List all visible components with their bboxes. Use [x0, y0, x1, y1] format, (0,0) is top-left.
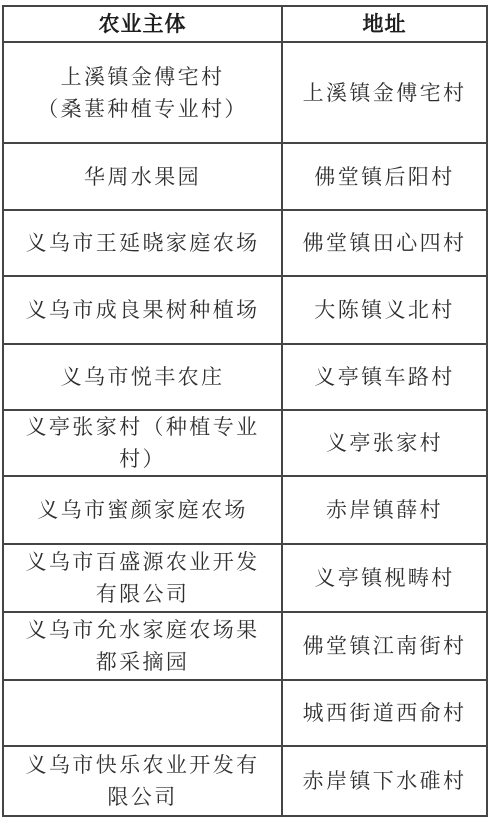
- row-11-entity: 义乌市快乐农业开发有 限公司: [4, 747, 283, 815]
- row-1-address: 上溪镇金傅宅村: [283, 43, 486, 144]
- row-3-address: 佛堂镇田心四村: [283, 211, 486, 277]
- row-2-entity: 华周水果园: [4, 144, 283, 211]
- row-5-address: 义亭镇车路村: [283, 345, 486, 411]
- row-10-address: 城西街道西俞村: [283, 681, 486, 747]
- row-8-entity: 义乌市百盛源农业开发 有限公司: [4, 545, 283, 613]
- row-2-address: 佛堂镇后阳村: [283, 144, 486, 211]
- row-10-entity: [4, 681, 283, 747]
- row-4-entity: 义乌市成良果树种植场: [4, 277, 283, 345]
- row-9-entity: 义乌市允水家庭农场果 都采摘园: [4, 613, 283, 681]
- row-3-entity: 义乌市王延晓家庭农场: [4, 211, 283, 277]
- row-5-entity: 义乌市悦丰农庄: [4, 345, 283, 411]
- row-7-address: 赤岸镇薛村: [283, 477, 486, 545]
- row-9-address: 佛堂镇江南街村: [283, 613, 486, 681]
- row-11-address: 赤岸镇下水碓村: [283, 747, 486, 815]
- row-7-entity: 义乌市蜜颜家庭农场: [4, 477, 283, 545]
- header-address: 地址: [283, 7, 486, 43]
- farm-entity-table: 农业主体 地址 上溪镇金傅宅村 （桑葚种植专业村） 上溪镇金傅宅村 华周水果园 …: [2, 5, 488, 817]
- row-8-address: 义亭镇枧畴村: [283, 545, 486, 613]
- row-1-entity: 上溪镇金傅宅村 （桑葚种植专业村）: [4, 43, 283, 144]
- row-6-entity: 义亭张家村（种植专业 村）: [4, 411, 283, 477]
- header-entity: 农业主体: [4, 7, 283, 43]
- row-4-address: 大陈镇义北村: [283, 277, 486, 345]
- row-6-address: 义亭张家村: [283, 411, 486, 477]
